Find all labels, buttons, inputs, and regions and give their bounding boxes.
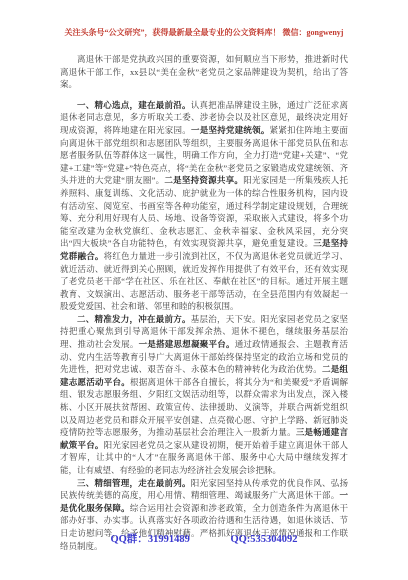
text-segment: 阳光家园是一所集残疾人托养照料、康复训练、文化活动、庇护就业为一体的综合性服务机… (60, 175, 348, 248)
qq-group-label: QQ群： (110, 534, 147, 545)
bold-heading-segment: 一是搭建思想凝聚平台。 (139, 339, 235, 349)
bold-heading-segment: 二是坚持资源共享。 (164, 175, 243, 185)
qq-number: 535304092 (250, 534, 297, 545)
qq-contact: QQ:535304092 (230, 534, 297, 545)
qq-group-contact: QQ群：31991489 (110, 531, 189, 546)
bold-heading-segment: 一是坚持党建统领。 (191, 125, 270, 135)
bold-heading-segment: 三、精细管理，走在最前列。 (77, 478, 191, 488)
promo-header-text: 关注头条号“公文研究”，获得最新最全最专业的公文资料库！ 微信：gongweny… (60, 27, 348, 38)
bold-heading-segment: 二、精准发力，冲在最前方。 (77, 314, 191, 324)
paragraph: 离退休干部是党执政兴国的重要资源，如何顺应当下形势，推进新时代离退休干部工作，x… (60, 53, 348, 91)
qq-group-number: 31991489 (148, 534, 190, 545)
qq-label: QQ: (230, 534, 250, 545)
document-page: 关注头条号“公文研究”，获得最新最全最专业的公文资料库！ 微信：gongweny… (0, 0, 408, 580)
paragraph: 一、精心选点，建在最前沿。认真把准品牌建设主脉，通过广泛征求离退休老同志意见，多… (60, 99, 348, 313)
bold-heading-segment: 一、精心选点，建在最前沿。 (77, 100, 191, 110)
paragraph: 二、精准发力，冲在最前方。基层治，天下安。阳光家园老党员之家坚持把重心聚焦到引导… (60, 313, 348, 477)
contact-footer: QQ群：31991489 QQ:535304092 (0, 531, 408, 546)
text-segment: 阳光家园老党员之家从建设初期，便开始着手建立离退休干部人才智库，让其中的“人才”… (60, 440, 348, 475)
text-segment: 将红色力量进一步引流到社区，不仅为离退休老党员就近学习、就近活动、就近得到关心照… (60, 251, 348, 311)
document-body: 离退休干部是党执政兴国的重要资源，如何顺应当下形势，推进新时代离退休干部工作，x… (60, 53, 348, 552)
text-segment: 离退休干部是党执政兴国的重要资源，如何顺应当下形势，推进新时代离退休干部工作，x… (60, 54, 348, 89)
